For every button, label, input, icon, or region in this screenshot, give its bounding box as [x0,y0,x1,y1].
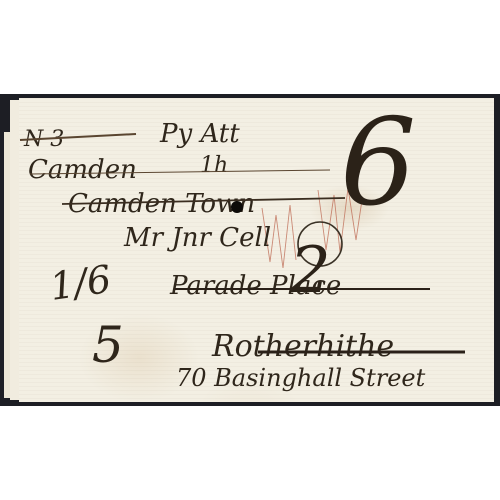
top-note: Py Att [159,119,240,149]
left-numeral: 5 [92,316,124,374]
punch-hole [231,201,243,213]
new-address: 70 Basinghall Street [176,364,426,392]
black-numeral-two: 2 [289,234,331,308]
line-camden: Camden [28,155,137,185]
line-camden-note: 1h [200,153,228,178]
district-struck: Rotherhithe [211,329,394,364]
manuscript-ink-layer: N 3 Camden 1h Py Att Camden Town Mr Jnr … [0,0,500,500]
left-rate-marking: 1/6 [47,257,114,309]
addressee: Mr Jnr Cell [123,223,271,253]
large-numeral-six: 6 [340,94,416,233]
